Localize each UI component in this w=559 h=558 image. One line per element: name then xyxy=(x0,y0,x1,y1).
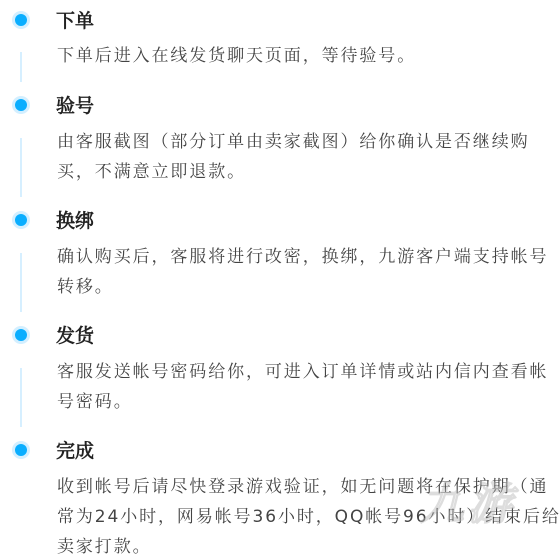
step-description: 确认购买后，客服将进行改密，换绑，九游客户端支持帐号 转移。 xyxy=(57,242,557,302)
step-description: 客服发送帐号密码给你，可进入订单详情或站内信内查看帐 号密码。 xyxy=(57,357,557,417)
step-description: 下单后进入在线发货聊天页面，等待验号。 xyxy=(57,41,557,71)
step-title: 换绑 xyxy=(56,209,94,233)
step-description: 由客服截图（部分订单由卖家截图）给你确认是否继续购 买，不满意立即退款。 xyxy=(57,127,557,187)
description-line: 确认购买后，客服将进行改密，换绑，九游客户端支持帐号 xyxy=(57,242,557,272)
timeline-connector xyxy=(20,138,22,197)
timeline-dot-icon xyxy=(12,96,30,114)
description-line: 下单后进入在线发货聊天页面，等待验号。 xyxy=(57,41,557,71)
timeline-dot-icon xyxy=(12,441,30,459)
timeline-connector xyxy=(20,368,22,427)
description-line: 收到帐号后请尽快登录游戏验证，如无问题将在保护期（通 xyxy=(57,472,557,502)
description-line: 买，不满意立即退款。 xyxy=(57,157,557,187)
timeline-connector xyxy=(20,253,22,312)
description-line: 常为24小时，网易帐号36小时，QQ帐号96小时）结束后给 xyxy=(57,502,557,532)
timeline-dot-icon xyxy=(12,211,30,229)
description-line: 由客服截图（部分订单由卖家截图）给你确认是否继续购 xyxy=(57,127,557,157)
description-line: 客服发送帐号密码给你，可进入订单详情或站内信内查看帐 xyxy=(57,357,557,387)
timeline-connector xyxy=(20,52,22,82)
step-title: 完成 xyxy=(56,439,94,463)
description-line: 卖家打款。 xyxy=(57,532,557,558)
description-line: 转移。 xyxy=(57,272,557,302)
step-description: 收到帐号后请尽快登录游戏验证，如无问题将在保护期（通 常为24小时，网易帐号36… xyxy=(57,472,557,558)
description-line: 号密码。 xyxy=(57,387,557,417)
timeline-dot-icon xyxy=(12,326,30,344)
step-title: 下单 xyxy=(56,9,94,33)
step-title: 验号 xyxy=(56,94,94,118)
timeline-dot-icon xyxy=(12,11,30,29)
step-title: 发货 xyxy=(56,324,94,348)
